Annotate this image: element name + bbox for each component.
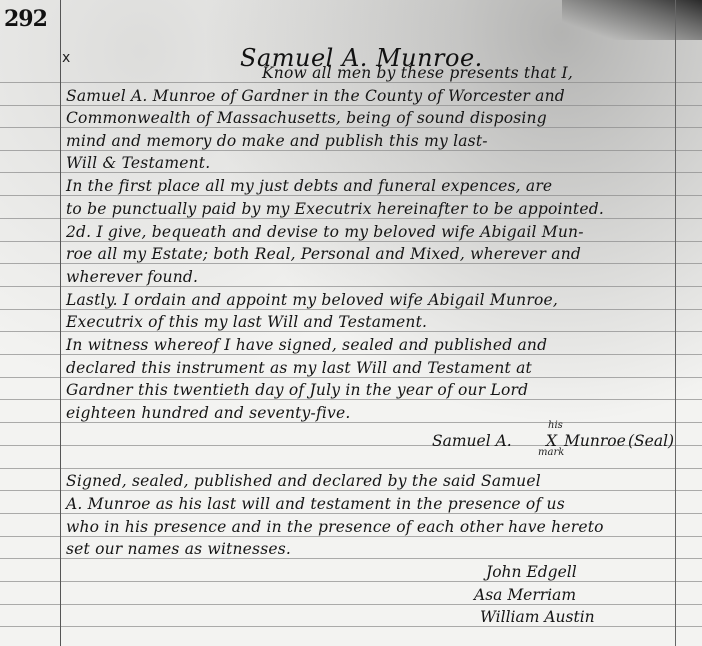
will-text-line: Will & Testament. (66, 154, 678, 172)
will-text-line: Lastly. I ordain and appoint my beloved … (66, 291, 678, 309)
ruled-line (0, 127, 702, 128)
will-text-line: declared this instrument as my last Will… (66, 359, 678, 377)
page-corner-shadow (562, 0, 702, 40)
ruled-line (0, 286, 702, 287)
ruled-line (0, 354, 702, 355)
ruled-line (0, 626, 702, 627)
ruled-line (0, 150, 702, 151)
mark-label: mark (538, 447, 564, 458)
witness-signature: John Edgell (486, 563, 577, 581)
will-text-line: eighteen hundred and seventy-five. (66, 404, 678, 422)
his-label: his (548, 420, 563, 431)
will-text-line: to be punctually paid by my Executrix he… (66, 200, 678, 218)
witness-signature: William Austin (480, 608, 595, 626)
will-text-line: wherever found. (66, 268, 678, 286)
ruled-line (0, 331, 702, 332)
will-text-line: In witness whereof I have signed, sealed… (66, 336, 678, 354)
will-text-line: roe all my Estate; both Real, Personal a… (66, 245, 678, 263)
ruled-line (0, 105, 702, 106)
ruled-line (0, 468, 702, 469)
attestation-line: who in his presence and in the presence … (66, 518, 678, 536)
ruled-line (0, 263, 702, 264)
ruled-line (0, 490, 702, 491)
will-text-line: Know all men by these presents that I, (66, 64, 702, 82)
will-text-line: 2d. I give, bequeath and devise to my be… (66, 223, 678, 241)
will-text-line: In the first place all my just debts and… (66, 177, 678, 195)
ledger-page: 292 x Samuel A. Munroe. Know all men by … (0, 0, 702, 646)
ruled-line (0, 309, 702, 310)
ruled-line (0, 422, 702, 423)
ruled-line (0, 218, 702, 219)
ruled-line (0, 558, 702, 559)
ruled-line (0, 513, 702, 514)
ruled-line (0, 377, 702, 378)
ruled-line (0, 581, 702, 582)
ruled-line (0, 172, 702, 173)
witness-signature: Asa Merriam (474, 586, 576, 604)
attestation-line: Signed, sealed, published and declared b… (66, 472, 678, 490)
will-text-line: Samuel A. Munroe of Gardner in the Count… (66, 87, 678, 105)
will-text-line: mind and memory do make and publish this… (66, 132, 678, 150)
will-text-line: Executrix of this my last Will and Testa… (66, 313, 678, 331)
ruled-line (0, 604, 702, 605)
ruled-line (0, 195, 702, 196)
will-text-line: Commonwealth of Massachusetts, being of … (66, 109, 678, 127)
ruled-line (0, 241, 702, 242)
ruled-line (0, 82, 702, 83)
page-number: 292 (4, 6, 47, 32)
seal-label: (Seal) (628, 432, 674, 450)
left-margin-rule (60, 0, 61, 646)
testator-first-name: Samuel A. (432, 432, 512, 450)
ruled-line (0, 399, 702, 400)
attestation-line: A. Munroe as his last will and testament… (66, 495, 678, 513)
ruled-line (0, 536, 702, 537)
will-text-line: Gardner this twentieth day of July in th… (66, 381, 678, 399)
testator-last-name: Munroe (564, 432, 626, 450)
attestation-line: set our names as witnesses. (66, 540, 678, 558)
